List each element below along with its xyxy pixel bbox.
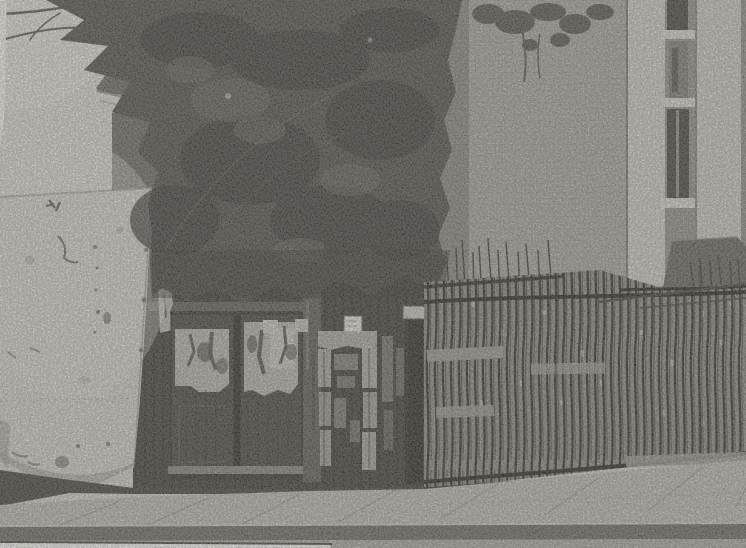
halftone-grain: [0, 0, 746, 548]
photograph: [0, 0, 746, 548]
